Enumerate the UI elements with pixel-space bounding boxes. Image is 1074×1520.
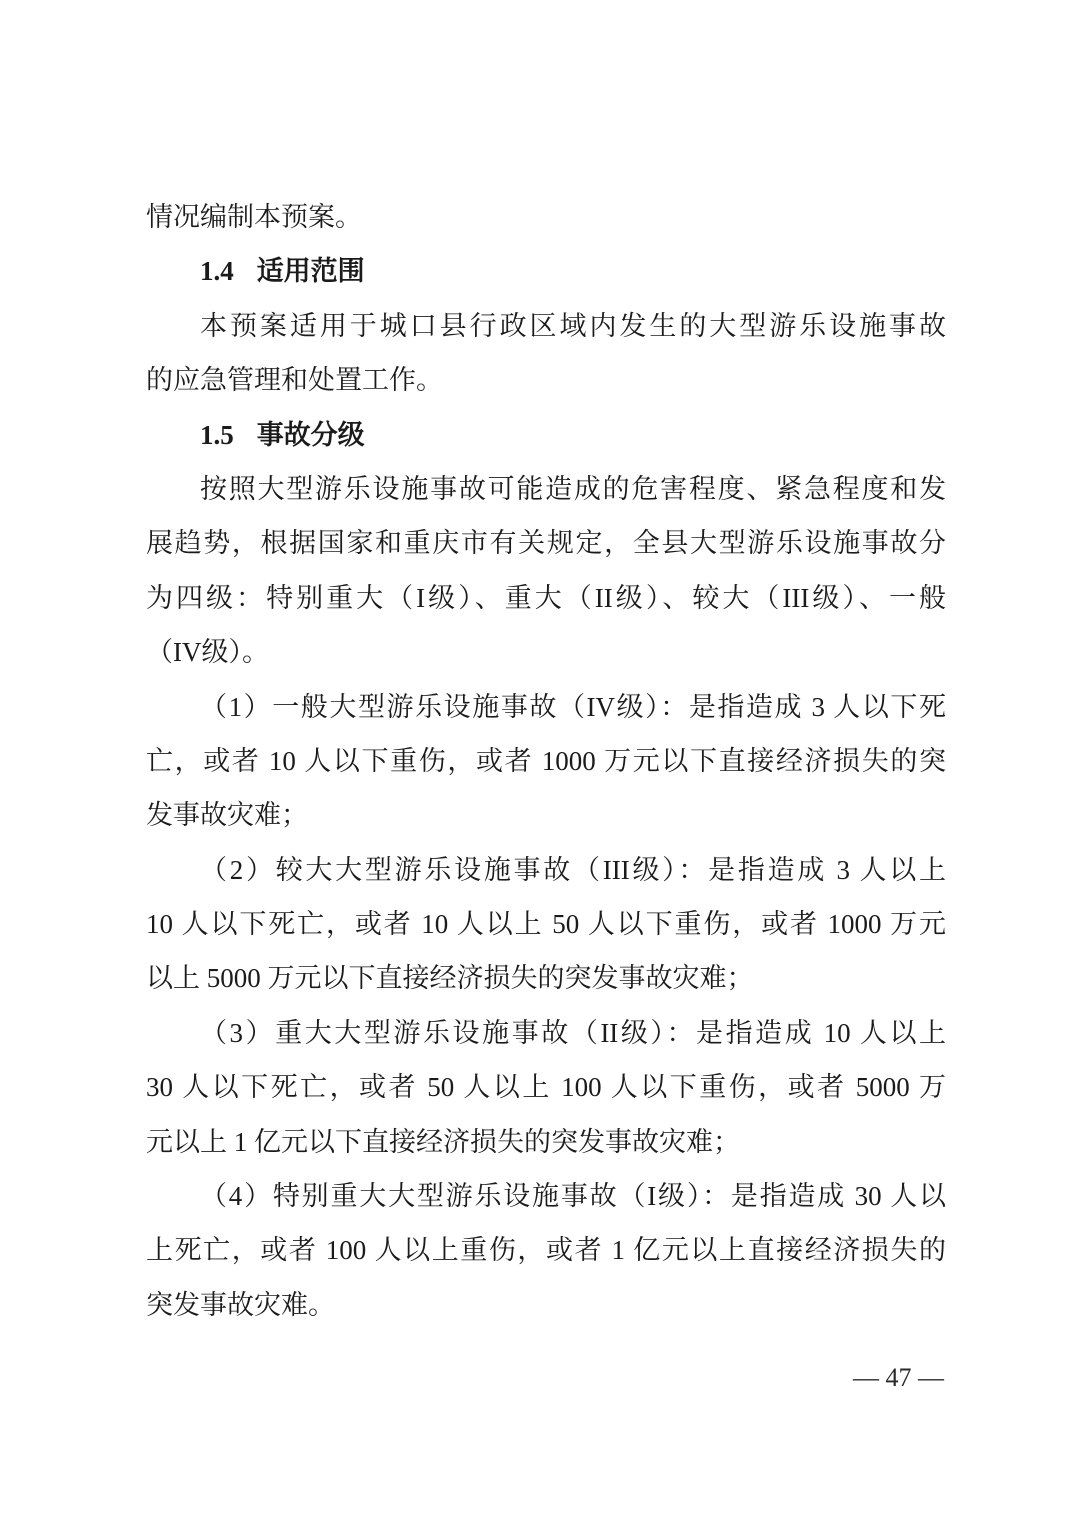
paragraph-line: （3）重大大型游乐设施事故（II级）：是指造成 10 人以上 [146,1006,946,1060]
section-heading-1-5: 1.5事故分级 [146,408,946,462]
paragraph-line: 发事故灾难； [146,788,946,842]
paragraph-line: 展趋势，根据国家和重庆市有关规定，全县大型游乐设施事故分 [146,516,946,570]
section-heading-1-4: 1.4适用范围 [146,244,946,298]
section-title: 事故分级 [257,420,365,450]
paragraph-line: 本预案适用于城口县行政区域内发生的大型游乐设施事故 [146,299,946,353]
paragraph-line: 以上 5000 万元以下直接经济损失的突发事故灾难； [146,951,946,1005]
paragraph-line: 元以上 1 亿元以下直接经济损失的突发事故灾难； [146,1115,946,1169]
page-number: — 47 — [853,1356,944,1400]
paragraph-line: 为四级：特别重大（I级）、重大（II级）、较大（III级）、一般 [146,571,946,625]
document-body: 情况编制本预案。 1.4适用范围 本预案适用于城口县行政区域内发生的大型游乐设施… [146,190,946,1332]
paragraph-line: 的应急管理和处置工作。 [146,353,946,407]
paragraph-line: （IV级）。 [146,625,946,679]
paragraph-line: 按照大型游乐设施事故可能造成的危害程度、紧急程度和发 [146,462,946,516]
paragraph-line: 上死亡，或者 100 人以上重伤，或者 1 亿元以上直接经济损失的 [146,1223,946,1277]
paragraph-line: （2）较大大型游乐设施事故（III级）：是指造成 3 人以上 [146,843,946,897]
section-number: 1.4 [200,256,234,286]
document-page: 情况编制本预案。 1.4适用范围 本预案适用于城口县行政区域内发生的大型游乐设施… [0,0,1074,1520]
paragraph-line: 30 人以下死亡，或者 50 人以上 100 人以下重伤，或者 5000 万 [146,1060,946,1114]
paragraph-line: （4）特别重大大型游乐设施事故（I级）：是指造成 30 人以 [146,1169,946,1223]
paragraph-line: 亡，或者 10 人以下重伤，或者 1000 万元以下直接经济损失的突 [146,734,946,788]
paragraph-line: （1）一般大型游乐设施事故（IV级）：是指造成 3 人以下死 [146,680,946,734]
section-title: 适用范围 [257,256,365,286]
paragraph-line: 情况编制本预案。 [146,190,946,244]
section-number: 1.5 [200,420,234,450]
paragraph-line: 突发事故灾难。 [146,1278,946,1332]
paragraph-line: 10 人以下死亡，或者 10 人以上 50 人以下重伤，或者 1000 万元 [146,897,946,951]
